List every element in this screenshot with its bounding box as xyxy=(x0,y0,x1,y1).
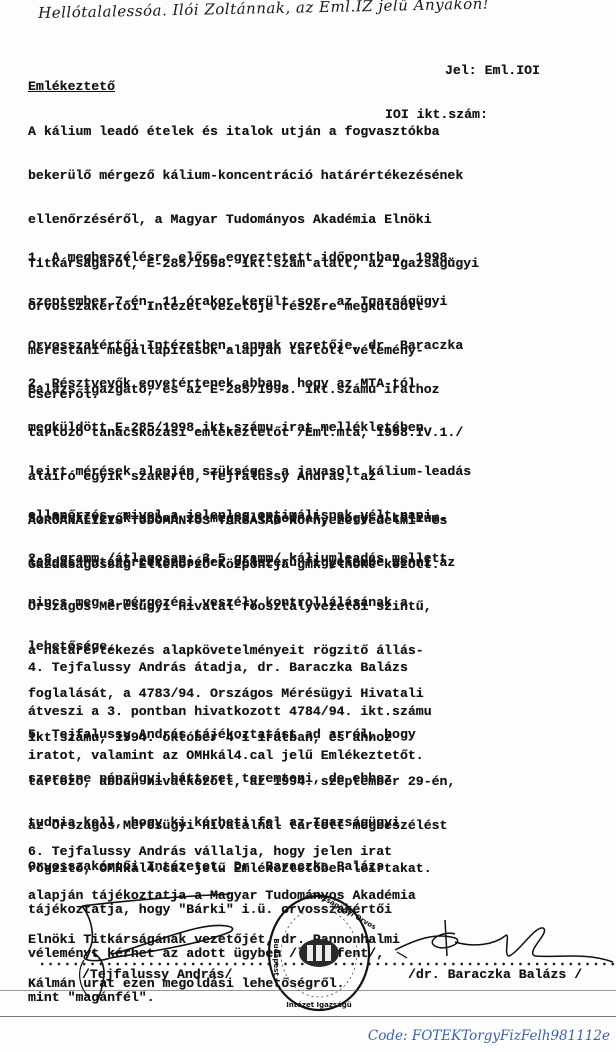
text-line: A kálium leadó ételek és italok utján a … xyxy=(28,125,479,140)
text-line: 5. Tejfalussy András tájékoztatást ad ar… xyxy=(28,728,416,743)
text-line: leadás határértékezéséhez célszerű figye… xyxy=(28,556,455,571)
text-line: leirt mérések alapján szükséges a javaso… xyxy=(28,465,471,480)
reference-jel: Jel: Eml.IOI xyxy=(385,64,540,79)
text-line: 1. A megbeszélésre előre egyeztetett idő… xyxy=(28,251,463,266)
svg-text:Igazságügyi Orvos: Igazságügyi Orvos xyxy=(311,893,375,931)
text-line: Országos Mérésügyi Hivatal főosztályveze… xyxy=(28,600,455,615)
text-line: 4. Tejfalussy András átadja, dr. Baraczk… xyxy=(28,661,432,676)
text-line: 3. Résztvevők abban is meg állapodnak, h… xyxy=(28,512,455,527)
official-stamp: Igazságügyi Orvos Intézet Igazságü Budap… xyxy=(263,893,375,1013)
text-line: megküldött E-285/1998.ikt.számu irat mel… xyxy=(28,421,471,436)
text-line: bekerülő mérgező kálium-koncentráció hat… xyxy=(28,169,479,184)
coat-of-arms-icon xyxy=(299,939,339,967)
text-line: 6. Tejfalussy András vállalja, hogy jele… xyxy=(28,845,416,860)
text-line: 2. Résztvevők egyetértenek abban, hogy a… xyxy=(28,377,471,392)
svg-text:Intézet Igazságü: Intézet Igazságü xyxy=(286,1001,352,1009)
signature-tejfalussy xyxy=(70,892,260,1002)
scan-artifact-line xyxy=(0,990,616,991)
scan-artifact-line xyxy=(0,1016,616,1017)
document-page: Hellótalalessóa. Ilói Zoltánnak, az Eml.… xyxy=(0,0,616,1052)
signatory-right-name: /dr. Baraczka Balázs / xyxy=(408,968,582,983)
signatory-left-name: /Tejfalussy András/ xyxy=(82,968,232,983)
text-line: szeptember 7-én, 11 órakor került sor, a… xyxy=(28,295,463,310)
handwritten-note: Hellótalalessóa. Ilói Zoltánnak, az Eml.… xyxy=(38,0,490,22)
document-code: Code: FOTEKTorgyFizFelh981112e xyxy=(368,1028,610,1044)
svg-text:Budapest: Budapest xyxy=(272,938,280,976)
document-title: Emlékeztető xyxy=(28,80,115,95)
text-line: szeretne pénzügyi hátteret teremteni, de… xyxy=(28,772,416,787)
